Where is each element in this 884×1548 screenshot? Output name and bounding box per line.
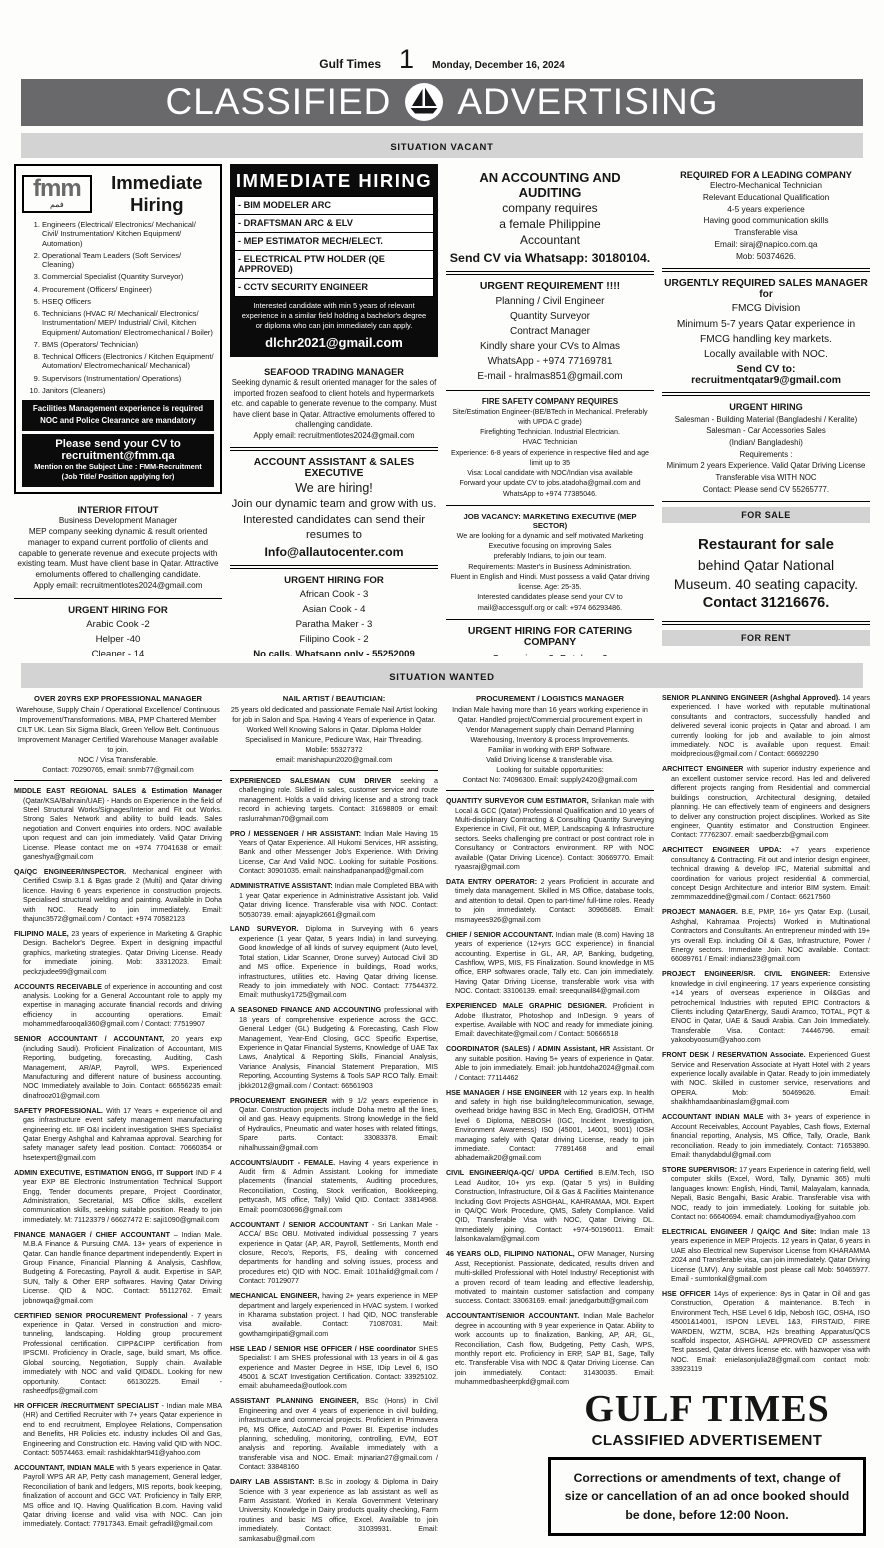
fmm-cv-band: Please send your CV to recruitment@fmm.q…	[22, 434, 214, 487]
section-bar-situation-wanted: SITUATION WANTED	[21, 663, 863, 688]
classified-listing: CERTIFIED SENIOR PROCUREMENT Professiona…	[14, 1312, 222, 1397]
ad-title: IMMEDIATE HIRING	[234, 168, 434, 196]
listing-lead: MECHANICAL ENGINEER,	[230, 1292, 319, 1300]
classified-listing: QUANTITY SURVEYOR CUM ESTIMATOR, Srilank…	[446, 797, 654, 872]
fmm-position-item: Procurement (Officers/ Engineer)	[42, 285, 214, 294]
ad-line: HVAC Technician	[447, 437, 653, 447]
ad-line: Cleaner - 14	[15, 648, 221, 656]
ad-line: MEP company seeking dynamic & result ori…	[15, 527, 221, 581]
listing-title: OVER 20YRS EXP PROFESSIONAL MANAGER	[14, 694, 222, 705]
listing-text: with 5 years experience in Qatar. Payrol…	[23, 1464, 222, 1529]
listing-lead: SENIOR PLANNING ENGINEER (Ashghal Approv…	[662, 694, 840, 702]
ad-title: REQUIRED FOR A LEADING COMPANY	[663, 170, 869, 180]
listing-text: - Sri Lankan Male - ACCA/ BSc OBU. Motiv…	[239, 1221, 438, 1286]
classified-listing-featured: PROCUREMENT / LOGISTICS MANAGER Indian M…	[446, 694, 654, 791]
listing-text: – Indian Male. M.B.A Finance & Pursuing …	[23, 1231, 222, 1305]
ad-note: Interested candidate with min 5 years of…	[234, 297, 434, 333]
listing-lead: PROCUREMENT ENGINEER	[230, 1097, 327, 1105]
listing-text: (Qatar/KSA/Bahrain/UAE) - Hands on Exper…	[23, 797, 222, 862]
banner-word-advertising: ADVERTISING	[457, 81, 718, 123]
classified-listing: ACCOUNTS RECEIVABLE of experience in acc…	[14, 983, 222, 1030]
fmm-positions-list: Engineers (Electrical/ Electronics/ Mech…	[22, 220, 214, 395]
classified-listing: SENIOR PLANNING ENGINEER (Ashghal Approv…	[662, 694, 870, 760]
fmm-cv-subject-line: Mention on the Subject Line : FMM-Recrui…	[24, 462, 212, 473]
classified-listing: CIVIL ENGINEER/QA-QC/ UPDA Certified B.E…	[446, 1169, 654, 1244]
ad-line: Arabic Cook -2	[15, 618, 221, 633]
classified-listing: EXPERIENCED MALE GRAPHIC DESIGNER. Profi…	[446, 1002, 654, 1040]
fmm-position-item: Operational Team Leaders (Soft Services/…	[42, 251, 214, 270]
ad-title: URGENT HIRING FOR	[231, 575, 437, 586]
ad-title: SEAFOOD TRADING MANAGER	[231, 367, 437, 377]
listing-text: Indian male 13 years experience in MEP P…	[671, 1228, 870, 1283]
ad-line: preferably Indians, to join our team.	[447, 551, 653, 561]
fmm-position-item: Janitors (Cleaners)	[42, 386, 214, 395]
ad-line: Contact: Please send CV 55265777.	[663, 484, 869, 496]
listing-text: OFW Manager, Nursing Asst, Receptionist.…	[455, 1250, 654, 1305]
listing-lead: HSE OFFICER	[662, 1290, 711, 1298]
vacant-column-4: REQUIRED FOR A LEADING COMPANY Electro-M…	[662, 164, 870, 656]
section-bar-situation-vacant: SITUATION VACANT	[21, 133, 863, 158]
ad-line: 4-5 years experience	[663, 204, 869, 216]
classified-listing: HSE LEAD / SENIOR HSE OFFICER / HSE coor…	[230, 1345, 438, 1392]
ad-immediate-hiring-dlc: IMMEDIATE HIRING - BIM MODELER ARC- DRAF…	[230, 164, 438, 357]
listing-text: - Indian male MBA (HR) and Certified Rec…	[23, 1402, 222, 1457]
section-label: FOR RENT	[741, 633, 791, 643]
ad-sales-manager-fmcg: URGENTLY REQUIRED SALES MANAGER for FMCG…	[662, 272, 870, 395]
ad-line: Filipino Cook - 2	[231, 633, 437, 648]
classified-listing: FINANCE MANAGER / CHIEF ACCOUNTANT – Ind…	[14, 1231, 222, 1306]
classified-listing: SAFETY PROFESSIONAL. With 17 Years + exp…	[14, 1107, 222, 1164]
classified-listing: ADMINISTRATIVE ASSISTANT: Indian male Co…	[230, 882, 438, 920]
listing-text: with superior industry experience and an…	[671, 765, 870, 839]
ad-line: Fluent in English and Hindi. Must posses…	[447, 572, 653, 592]
classified-listing: PROCUREMENT ENGINEER with 9 1/2 years ex…	[230, 1097, 438, 1154]
listing-lead: ADMIN EXECUTIVE, ESTIMATION ENGG, IT Sup…	[14, 1169, 193, 1177]
fmm-requirements-band: Facilities Management experience is requ…	[22, 400, 214, 431]
classified-listing: STORE SUPERVISOR: 17 years Experience in…	[662, 1166, 870, 1223]
listing-lead: ACCOUNTS/AUDIT - FEMALE.	[230, 1159, 335, 1167]
ad-line: Relevant Educational Qualification	[663, 192, 869, 204]
ad-line: Interested candidates can send their	[231, 513, 437, 528]
ad-line: Salesman - Car Accessories Sales	[663, 425, 869, 437]
classified-listing: ACCOUNTANT / SENIOR ACCOUNTANT - Sri Lan…	[230, 1221, 438, 1287]
listing-lead: A SEASONED FINANCE AND ACCOUNTING	[230, 1006, 381, 1014]
ad-urgent-hiring-cooks-2: URGENT HIRING FOR African Cook - 3Asian …	[230, 569, 438, 656]
ad-email-line: Info@allautocenter.com	[231, 545, 437, 559]
ad-office-for-rent: OFFICE FOR RENT Establish your business …	[662, 651, 870, 656]
classified-listing: HSE MANAGER / HSE ENGINEER with 12 years…	[446, 1089, 654, 1164]
listing-lead: FILIPINO MALE,	[14, 930, 69, 938]
listing-text: B.E/M.Tech, ISO Lead Auditor, 10+ yrs ex…	[455, 1169, 654, 1243]
section-label: FOR SALE	[741, 510, 791, 520]
ad-marketing-executive-mep: JOB VACANCY: MARKETING EXECUTIVE (MEP SE…	[446, 506, 654, 620]
listing-lead: LAND SURVEYOR.	[230, 925, 298, 933]
ad-line: Supervisor -2, Butcher -2	[447, 651, 653, 656]
classified-listing: QA/QC ENGINEER/INSPECTOR. Mechanical eng…	[14, 868, 222, 925]
ad-line: Transferable visa	[663, 227, 869, 239]
ad-line: Locally available with NOC.	[663, 347, 869, 362]
ad-line: Quantity Surveyor	[447, 309, 653, 324]
fmm-position-item: Technical Officers (Electronics / Kitche…	[42, 352, 214, 371]
listing-line: Valid Driving license & transferable vis…	[446, 755, 654, 765]
fmm-position-item: Commercial Specialist (Quantity Surveyor…	[42, 272, 214, 281]
gulf-times-classified-notice: GULF TIMES CLASSIFIED ADVERTISEMENT Corr…	[548, 1387, 866, 1536]
classified-listing: EXPERIENCED SALESMAN CUM DRIVER seeking …	[230, 777, 438, 824]
ad-title: URGENT HIRING FOR CATERING COMPANY	[447, 626, 653, 648]
listing-lead: 46 YEARS OLD, FILIPINO NATIONAL,	[446, 1250, 575, 1258]
classified-listing-featured: OVER 20YRS EXP PROFESSIONAL MANAGER Ware…	[14, 694, 222, 781]
page-date: Monday, December 16, 2024	[432, 60, 565, 71]
ad-urgent-hiring-salesman: URGENT HIRING Salesman - Building Materi…	[662, 396, 870, 503]
position-item: - ELECTRICAL PTW HOLDER (QE APPROVED)	[235, 251, 433, 279]
listing-lead: ADMINISTRATIVE ASSISTANT:	[230, 882, 333, 890]
ad-line: Minimum 2 years Experience. Valid Qatar …	[663, 460, 869, 472]
ad-email-line: dlchr2021@gmail.com	[234, 333, 434, 353]
ad-line: Seeking dynamic & result oriented manage…	[231, 378, 437, 431]
ad-fmm-immediate-hiring: fmm فمم Immediate Hiring Engineers (Elec…	[14, 164, 222, 494]
wanted-column-2: NAIL ARTIST / BEAUTICIAN: 25 years old d…	[230, 694, 438, 1546]
listing-text: Mechanical engineer with Certified Cswip…	[23, 868, 222, 923]
fmm-note-2: NOC and Police Clearance are mandatory	[24, 415, 212, 427]
ad-interior-fitout: INTERIOR FITOUT Business Development Man…	[14, 498, 222, 599]
ad-line: Visa: Local candidate with NOC/Indian vi…	[447, 468, 653, 478]
vacant-column-1: fmm فمم Immediate Hiring Engineers (Elec…	[14, 164, 222, 656]
ad-line: Helper -40	[15, 633, 221, 648]
listing-text: Indian male (B.com) Having 18 years of e…	[455, 931, 654, 996]
fmm-position-item: Supervisors (Instrumentation/ Operations…	[42, 374, 214, 383]
ad-line: Business Development Manager	[15, 516, 221, 527]
ad-line: Interested candidates please send your C…	[447, 592, 653, 602]
classified-listing: HR OFFICER /RECRUITMENT SPECIALIST - Ind…	[14, 1402, 222, 1459]
listing-text: 14ys of experience: 8ys in Qatar in Oil …	[671, 1290, 870, 1373]
listing-lead: FRONT DESK / RESERVATION Associate.	[662, 1051, 806, 1059]
position-item: - BIM MODELER ARC	[235, 197, 433, 215]
page-number: 1	[399, 48, 414, 71]
ad-line: FMCG handling key markets.	[663, 332, 869, 347]
listing-line: NOC / Visa Transferable.	[14, 755, 222, 765]
listing-line: Warehouse, Supply Chain / Operational Ex…	[14, 705, 222, 755]
ad-email-line: Send CV to: recruitmentqatar9@gmail.com	[663, 364, 869, 386]
listing-lead: HR OFFICER /RECRUITMENT SPECIALIST	[14, 1402, 159, 1410]
listing-text: +7 years experience consultancy & Contra…	[671, 846, 870, 901]
listing-text: with 12 years exp. In health and safety …	[455, 1089, 654, 1163]
ad-line: FMCG Division	[663, 301, 869, 316]
fmm-logo: fmm فمم	[22, 175, 92, 213]
listing-lead: ARCHITECT ENGINEER UPDA:	[662, 846, 781, 854]
classified-listing: FILIPINO MALE, 23 years of experience in…	[14, 930, 222, 977]
ad-line: Minimum 5-7 years Qatar experience in	[663, 317, 869, 332]
listing-lead: COORDINATOR (SALES) / ADMIN Assistant, H…	[446, 1045, 610, 1053]
ad-line: Apply email: recruitmentlotes2024@gmail.…	[231, 431, 437, 442]
ad-whatsapp-line: No calls, Whatsapp only - 55252009	[231, 648, 437, 656]
fmm-position-item: Engineers (Electrical/ Electronics/ Mech…	[42, 220, 214, 248]
listing-text: Experienced Guest Service and Reservatio…	[671, 1051, 870, 1106]
ad-line: Accountant	[447, 232, 653, 248]
classified-listing: PROJECT ENGINEER/SR. CIVIL ENGINEER: Ext…	[662, 970, 870, 1045]
position-item: - MEP ESTIMATOR MECH/ELECT.	[235, 233, 433, 251]
ad-line: behind Qatar National	[663, 556, 869, 575]
ad-urgent-hiring-cooks-1: URGENT HIRING FOR Arabic Cook -2Helper -…	[14, 599, 222, 656]
ad-line: Mob: 50374626.	[663, 251, 869, 263]
ad-line: Experience: 6-8 years of experience in r…	[447, 448, 653, 469]
classified-listing: MIDDLE EAST REGIONAL SALES & Estimation …	[14, 787, 222, 862]
section-label: SITUATION WANTED	[389, 672, 495, 683]
listing-lead: EXPERIENCED SALESMAN CUM DRIVER	[230, 777, 391, 785]
ad-title: INTERIOR FITOUT	[15, 504, 221, 515]
ad-line: Asian Cook - 4	[231, 603, 437, 618]
classified-listing: ACCOUNTANT INDIAN MALE with 3+ years of …	[662, 1113, 870, 1160]
listing-lead: MIDDLE EAST REGIONAL SALES & Estimation …	[14, 787, 222, 795]
ad-line: (Indian/ Bangladeshi)	[663, 437, 869, 449]
listing-text: Srilankan male with Local & GCC (Qatar) …	[455, 797, 654, 871]
classified-listing: CHIEF / SENIOR ACCOUNTANT. Indian male (…	[446, 931, 654, 997]
classified-listing: ADMIN EXECUTIVE, ESTIMATION ENGG, IT Sup…	[14, 1169, 222, 1226]
listing-text: B.E, PMP, 16+ yrs Qatar Exp. (Lusail, As…	[671, 908, 870, 963]
classified-advertisement-label: CLASSIFIED ADVERTISEMENT	[548, 1432, 866, 1449]
listing-lead: HSE LEAD / SENIOR HSE OFFICER / HSE coor…	[230, 1345, 416, 1353]
ad-contact-line: Contact 31216676.	[663, 593, 869, 613]
vacant-column-3: AN ACCOUNTING AND AUDITING company requi…	[446, 164, 654, 656]
listing-lead: QA/QC ENGINEER/INSPECTOR.	[14, 868, 126, 876]
ad-account-assistant-sales-executive: ACCOUNT ASSISTANT & SALES EXECUTIVE We a…	[230, 451, 438, 569]
ad-title: Immediate Hiring	[100, 172, 214, 216]
listing-lead: CERTIFIED SENIOR PROCUREMENT Professiona…	[14, 1312, 188, 1320]
listing-lead: DATA ENTRY OPERATOR:	[446, 878, 537, 886]
sailboat-logo-icon	[404, 82, 444, 122]
listing-line: 25 years old dedicated and passionate Fe…	[230, 705, 438, 745]
listing-text: 20 years exp (including Saudi). Proficie…	[23, 1035, 222, 1100]
listing-lead: EXPERIENCED MALE GRAPHIC DESIGNER.	[446, 1002, 607, 1010]
vacant-column-2: IMMEDIATE HIRING - BIM MODELER ARC- DRAF…	[230, 164, 438, 656]
listing-lead: ACCOUNTANT, INDIAN MALE	[14, 1464, 114, 1472]
situation-vacant-columns: fmm فمم Immediate Hiring Engineers (Elec…	[14, 164, 870, 656]
listing-lead: SENIOR ACCOUNTANT / ACCOUNTANT,	[14, 1035, 164, 1043]
classified-listing: ARCHITECT ENGINEER with superior industr…	[662, 765, 870, 840]
ad-line: Email: siraj@napico.com.qa	[663, 239, 869, 251]
position-item: - CCTV SECURITY ENGINEER	[235, 279, 433, 296]
listing-text: Indian Male Bachelor degree in accountin…	[455, 1312, 654, 1386]
listing-text: professional with 18 years of comprehens…	[239, 1006, 438, 1089]
ad-line: Transferable visa WITH NOC	[663, 472, 869, 484]
fmm-cv-email-line: Please send your CV to recruitment@fmm.q…	[24, 438, 212, 462]
ad-line: Planning / Civil Engineer	[447, 294, 653, 309]
listing-text: Extensive knowledge in civil engineering…	[671, 970, 870, 1044]
listing-lead: DAIRY LAB ASSISTANT:	[230, 1478, 315, 1486]
listing-title: NAIL ARTIST / BEAUTICIAN:	[230, 694, 438, 705]
listing-title: PROCUREMENT / LOGISTICS MANAGER	[446, 694, 654, 705]
classified-listing: PROJECT MANAGER. B.E, PMP, 16+ yrs Qatar…	[662, 908, 870, 965]
listing-line: Looking for suitable opportunities:	[446, 765, 654, 775]
ad-leading-company-technician: REQUIRED FOR A LEADING COMPANY Electro-M…	[662, 164, 870, 272]
listing-lead: HSE MANAGER / HSE ENGINEER	[446, 1089, 562, 1097]
ad-line: Apply email: recruitmentlotes2024@gmail.…	[15, 581, 221, 592]
ad-line: mail@accessgulf.org or call: +974 662934…	[447, 603, 653, 613]
listing-lead: ARCHITECT ENGINEER	[662, 765, 743, 773]
listing-text: 14 years experienced. I have worked with…	[671, 694, 870, 759]
listing-lead: ACCOUNTANT INDIAN MALE	[662, 1113, 764, 1121]
ad-line: Join our dynamic team and grow with us.	[231, 497, 437, 512]
position-item: - DRAFTSMAN ARC & ELV	[235, 215, 433, 233]
ad-title: FIRE SAFETY COMPANY REQUIRES	[447, 397, 653, 406]
listing-lead: CHIEF / SENIOR ACCOUNTANT.	[446, 931, 554, 939]
classified-listing: COORDINATOR (SALES) / ADMIN Assistant, H…	[446, 1045, 654, 1083]
ad-line: E-mail - hralmas851@gmail.com	[447, 369, 653, 384]
classified-listing: SENIOR ACCOUNTANT / ACCOUNTANT, 20 years…	[14, 1035, 222, 1101]
masthead: Gulf Times	[319, 57, 381, 71]
classified-listing: ACCOUNTANT/SENIOR ACCOUNTANT. Indian Mal…	[446, 1312, 654, 1387]
ad-title: URGENT REQUIREMENT !!!!	[447, 281, 653, 292]
listing-line: Contact No: 74096300. Email: supply2420@…	[446, 775, 654, 785]
classified-listing: HSE OFFICER 14ys of experience: 8ys in Q…	[662, 1290, 870, 1375]
listing-line: Contact: 70290765, email: snmb77@gmail.c…	[14, 765, 222, 775]
listing-lead: ACCOUNTANT / SENIOR ACCOUNTANT	[230, 1221, 368, 1229]
listing-lead: FINANCE MANAGER / CHIEF ACCOUNTANT	[14, 1231, 170, 1239]
section-bar-for-rent: FOR RENT	[662, 630, 870, 646]
listing-lead: PRO / MESSENGER / HR ASSISTANT:	[230, 830, 361, 838]
classified-listing: MECHANICAL ENGINEER, having 2+ years exp…	[230, 1292, 438, 1339]
ad-line: Electro-Mechanical Technician	[663, 180, 869, 192]
listing-text: - 7 years experience in Qatar. Versed in…	[23, 1312, 222, 1395]
ad-line: Contract Manager	[447, 324, 653, 339]
ad-line: Having good communication skills	[663, 215, 869, 227]
classified-advertising-banner: CLASSIFIED ADVERTISING	[21, 79, 863, 126]
ad-title: URGENTLY REQUIRED SALES MANAGER for	[663, 278, 869, 300]
banner-word-classified: CLASSIFIED	[165, 81, 391, 123]
positions-list: - BIM MODELER ARC- DRAFTSMAN ARC & ELV- …	[234, 196, 434, 297]
ad-line: Salesman - Building Material (Bangladesh…	[663, 414, 869, 426]
ad-line: Requirements: Master's in Business Admin…	[447, 562, 653, 572]
listing-line: Familiar in working with ERP Software.	[446, 745, 654, 755]
ad-title: ACCOUNT ASSISTANT & SALES EXECUTIVE	[231, 457, 437, 479]
ad-line: Requirements :	[663, 449, 869, 461]
listing-lead: PROJECT ENGINEER/SR. CIVIL ENGINEER:	[662, 970, 830, 978]
classified-listing: DAIRY LAB ASSISTANT: B.Sc in zoology & D…	[230, 1478, 438, 1544]
listing-text: 17 years Experience in catering field, w…	[671, 1166, 870, 1221]
ad-urgent-requirement-almas: URGENT REQUIREMENT !!!! Planning / Civil…	[446, 275, 654, 391]
classified-listing-featured: NAIL ARTIST / BEAUTICIAN: 25 years old d…	[230, 694, 438, 771]
ad-line: We are looking for a dynamic and self mo…	[447, 531, 653, 551]
listing-line: email: manishapun2020@gmail.com	[230, 755, 438, 765]
classified-listing: 46 YEARS OLD, FILIPINO NATIONAL, OFW Man…	[446, 1250, 654, 1307]
ad-line: WhatsApp - +974 77169781	[447, 354, 653, 369]
section-bar-for-sale: FOR SALE	[662, 507, 870, 523]
fmm-position-item: HSEQ Officers	[42, 297, 214, 306]
fmm-ad-header: fmm فمم Immediate Hiring	[22, 172, 214, 216]
wanted-column-1: OVER 20YRS EXP PROFESSIONAL MANAGER Ware…	[14, 694, 222, 1546]
classified-listing: LAND SURVEYOR. Diploma in Surveying with…	[230, 925, 438, 1000]
ad-title: URGENT HIRING	[663, 402, 869, 412]
ad-line: a female Philippine	[447, 216, 653, 232]
fmm-position-item: Technicians (HVAC R/ Mechanical/ Electro…	[42, 309, 214, 337]
ad-line: Site/Estimation Engineer-(BE/BTech in Me…	[447, 407, 653, 428]
corrections-notice-box: Corrections or amendments of text, chang…	[548, 1457, 866, 1536]
ad-line: Firefighting Technician. Industrial Elec…	[447, 427, 653, 437]
classified-listing: ELECTRICAL ENGINEER / QA/QC And Site: In…	[662, 1228, 870, 1285]
ad-accounting-and-auditing: AN ACCOUNTING AND AUDITING company requi…	[446, 164, 654, 275]
classified-listing: PRO / MESSENGER / HR ASSISTANT: Indian M…	[230, 830, 438, 877]
section-label: SITUATION VACANT	[390, 142, 493, 153]
ad-urgent-hiring-catering: URGENT HIRING FOR CATERING COMPANY Super…	[446, 620, 654, 656]
classified-listing: ACCOUNTS/AUDIT - FEMALE. Having 4 years …	[230, 1159, 438, 1216]
classified-listing: ARCHITECT ENGINEER UPDA: +7 years experi…	[662, 846, 870, 903]
listing-lead: PROJECT MANAGER.	[662, 908, 738, 916]
ad-line: Forward your update CV to jobs.atadoha@g…	[447, 478, 653, 499]
ad-line: Kindly share your CVs to Almas	[447, 339, 653, 354]
listing-lead: ACCOUNTANT/SENIOR ACCOUNTANT.	[446, 1312, 579, 1320]
listing-line: Indian Male having more than 16 years wo…	[446, 705, 654, 745]
classified-listing: FRONT DESK / RESERVATION Associate. Expe…	[662, 1051, 870, 1108]
fmm-note-1: Facilities Management experience is requ…	[24, 403, 212, 415]
fmm-cv-position-line: (Job Title/ Position applying for)	[24, 472, 212, 483]
listing-lead: ASSISTANT PLANNING ENGINEER,	[230, 1397, 359, 1405]
ad-fire-safety-company: FIRE SAFETY COMPANY REQUIRES Site/Estima…	[446, 391, 654, 507]
listing-lead: STORE SUPERVISOR:	[662, 1166, 737, 1174]
listing-lead: QUANTITY SURVEYOR CUM ESTIMATOR,	[446, 797, 589, 805]
fmm-position-item: BMS (Operators/ Technician)	[42, 340, 214, 349]
ad-line: resumes to	[231, 528, 437, 543]
listing-text: BSc (Hons) in Civil Engineering and over…	[239, 1397, 438, 1471]
listing-text: Diploma in Surveying with 6 years experi…	[239, 925, 438, 999]
listing-line: Mobile: 55327372	[230, 745, 438, 755]
ad-title: AN ACCOUNTING AND AUDITING	[447, 170, 653, 200]
ad-line: Paratha Maker - 3	[231, 618, 437, 633]
ad-seafood-trading-manager: SEAFOOD TRADING MANAGER Seeking dynamic …	[230, 361, 438, 451]
ad-line: We are hiring!	[231, 481, 437, 495]
listing-lead: CIVIL ENGINEER/QA-QC/ UPDA Certified	[446, 1169, 593, 1177]
ad-whatsapp-line: Send CV via Whatsapp: 30180104.	[447, 251, 653, 265]
listing-lead: ACCOUNTS RECEIVABLE	[14, 983, 102, 991]
ad-title: JOB VACANCY: MARKETING EXECUTIVE (MEP SE…	[447, 512, 653, 530]
listing-text: B.Sc in zoology & Diploma in Dairy Scien…	[239, 1478, 438, 1543]
classified-listing: ASSISTANT PLANNING ENGINEER, BSc (Hons) …	[230, 1397, 438, 1472]
listing-lead: ELECTRICAL ENGINEER / QA/QC And Site:	[662, 1228, 816, 1236]
page-header: Gulf Times 1 Monday, December 16, 2024	[0, 0, 884, 71]
ad-line: company requires	[447, 200, 653, 216]
ad-line: Museum. 40 seating capacity.	[663, 575, 869, 594]
gulf-times-logo: GULF TIMES	[548, 1387, 866, 1431]
newspaper-page: Gulf Times 1 Monday, December 16, 2024 C…	[0, 0, 884, 1548]
fmm-logo-text: fmm	[33, 178, 81, 200]
classified-listing: ACCOUNTANT, INDIAN MALE with 5 years exp…	[14, 1464, 222, 1530]
listing-lead: SAFETY PROFESSIONAL.	[14, 1107, 103, 1115]
ad-title: URGENT HIRING FOR	[15, 605, 221, 616]
classified-listing: A SEASONED FINANCE AND ACCOUNTING profes…	[230, 1006, 438, 1091]
ad-line: Restaurant for sale	[663, 535, 869, 555]
ad-line: African Cook - 3	[231, 588, 437, 603]
classified-listing: DATA ENTRY OPERATOR: 2 years Proficient …	[446, 878, 654, 925]
ad-restaurant-for-sale: Restaurant for sale behind Qatar Nationa…	[662, 528, 870, 624]
